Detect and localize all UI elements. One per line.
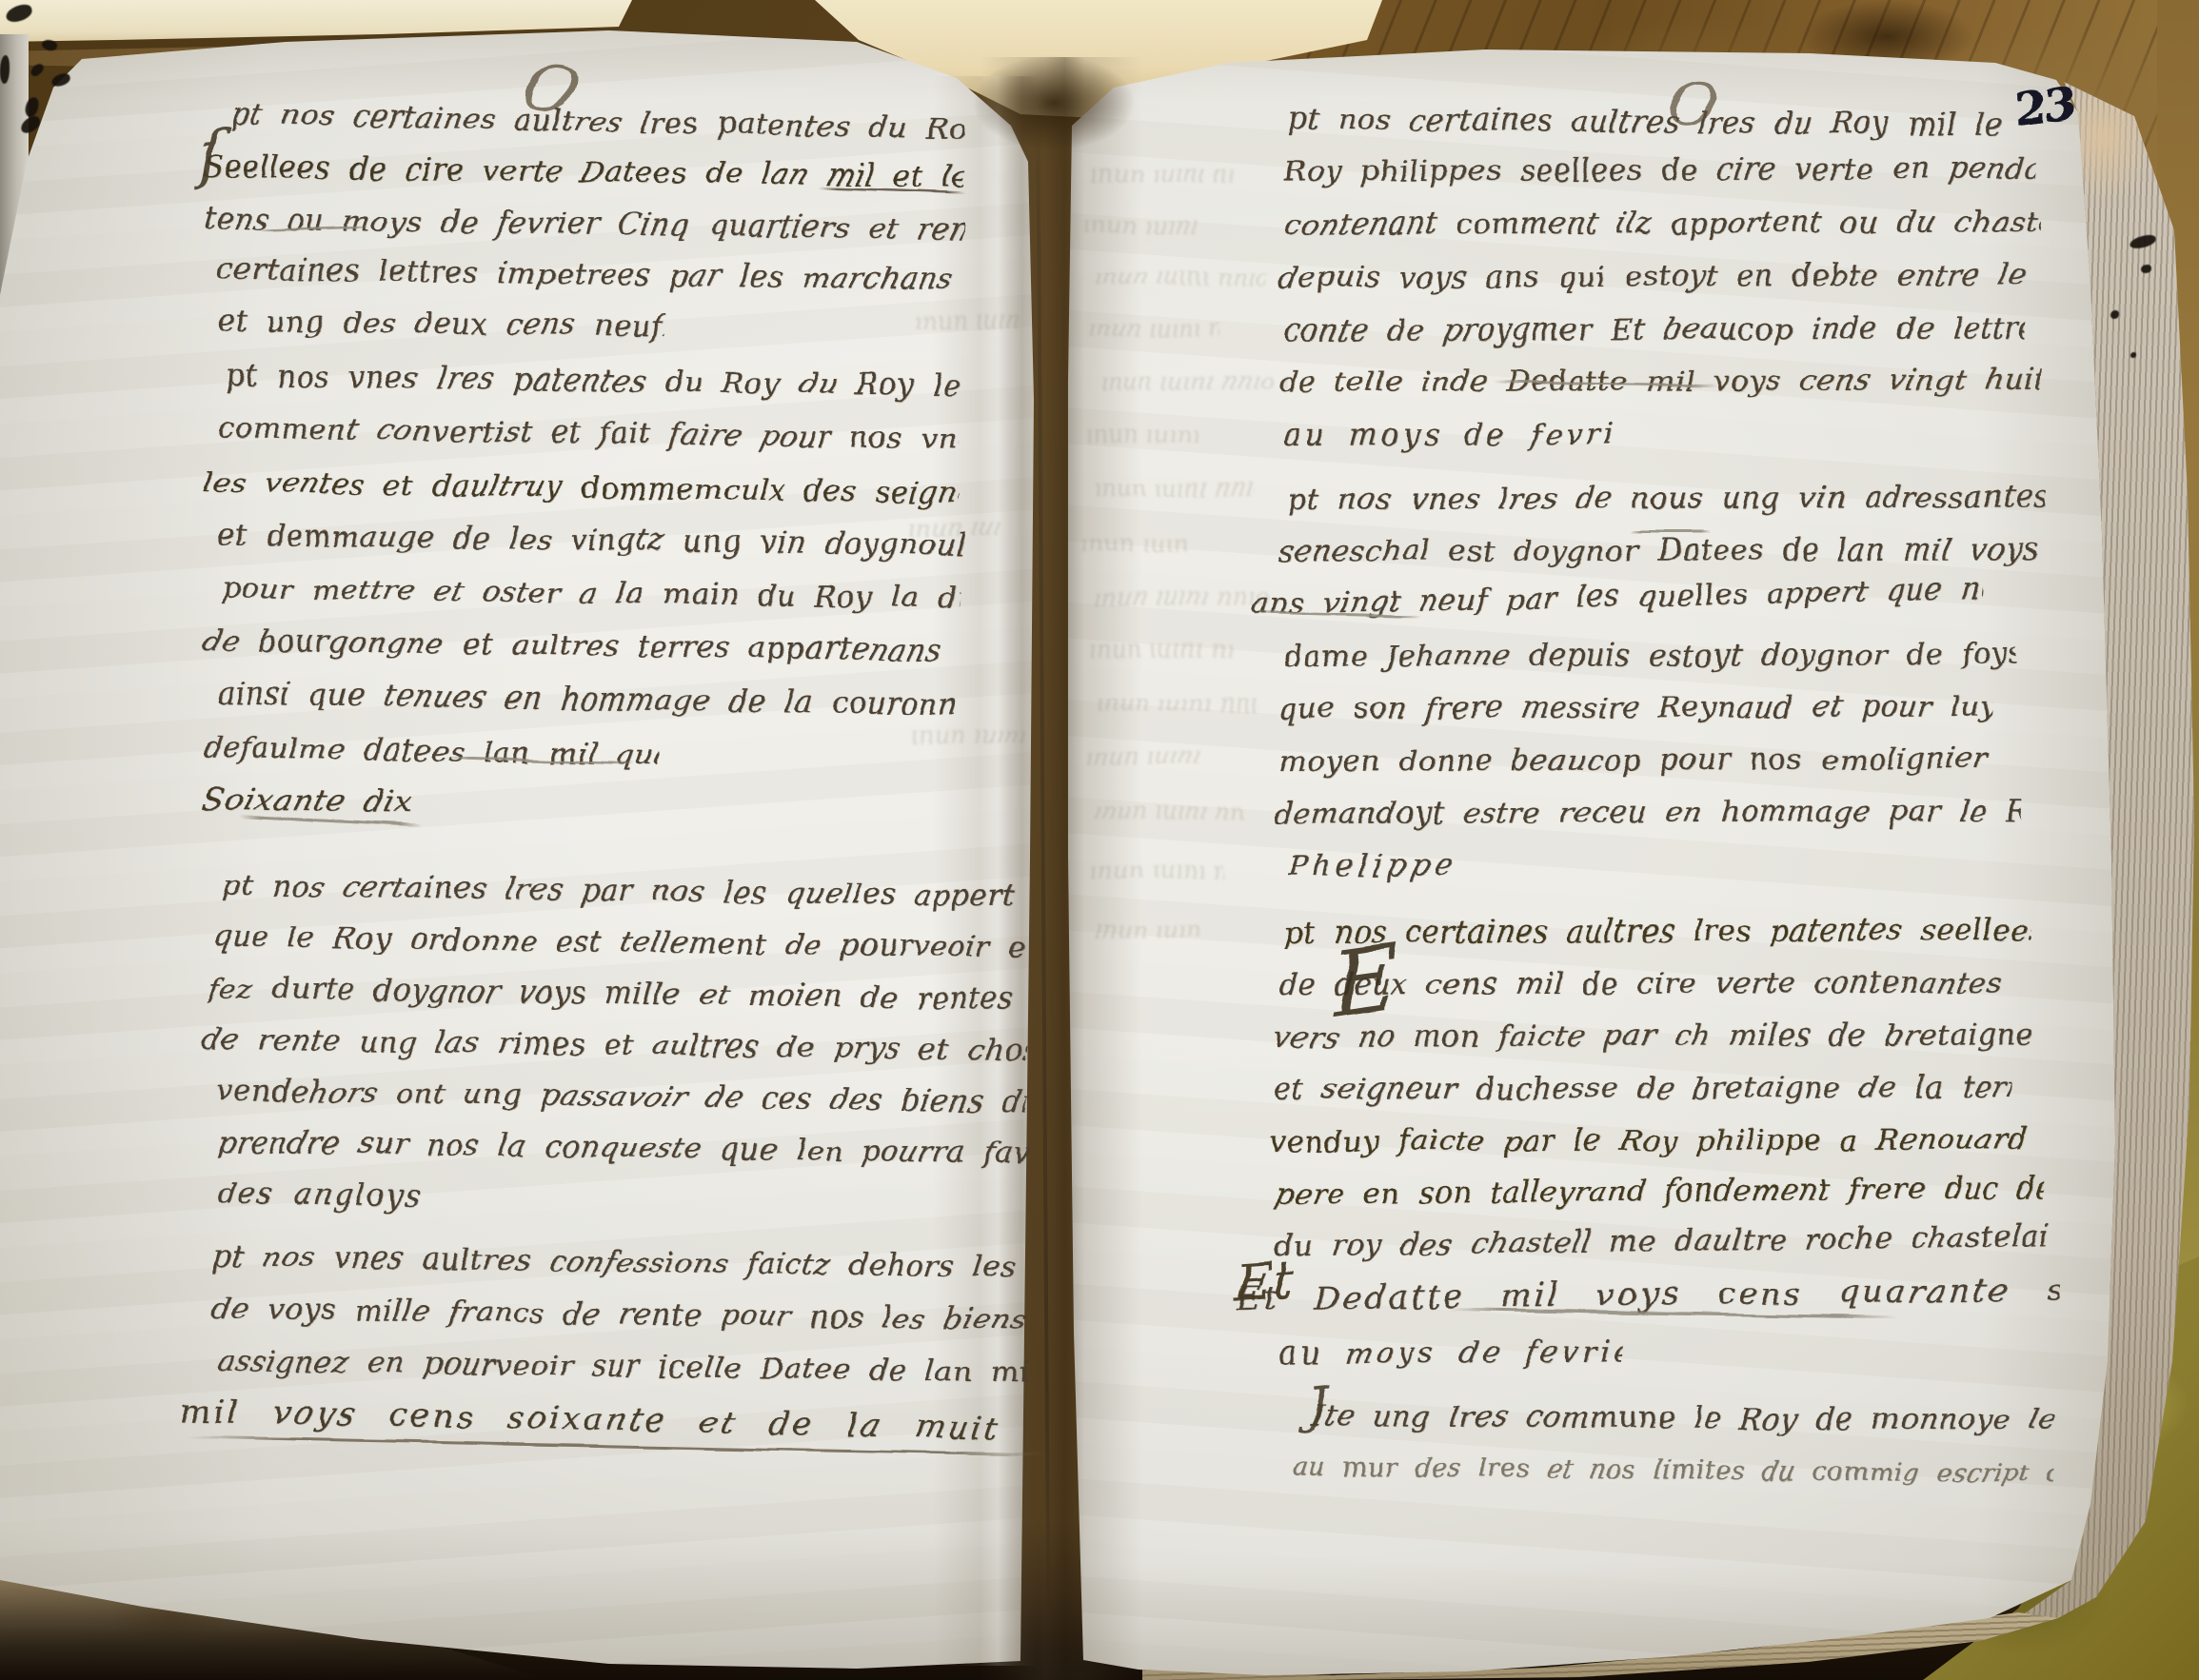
manuscript-photo: pt nos certaines aultres lres patentes d… (0, 0, 2199, 1680)
ink-blot (0, 55, 10, 84)
ink-blot (29, 62, 45, 79)
ink-blot (2141, 265, 2151, 273)
ink-blot (24, 96, 39, 118)
ink-blot (2129, 233, 2157, 250)
ink-blot (2110, 310, 2119, 319)
ink-blot (50, 72, 71, 89)
ink-blot (2130, 352, 2136, 358)
ink-blot (4, 3, 33, 25)
ink-blot (18, 113, 43, 135)
ink-blot-layer (0, 0, 2199, 1680)
ink-blot (41, 38, 59, 53)
